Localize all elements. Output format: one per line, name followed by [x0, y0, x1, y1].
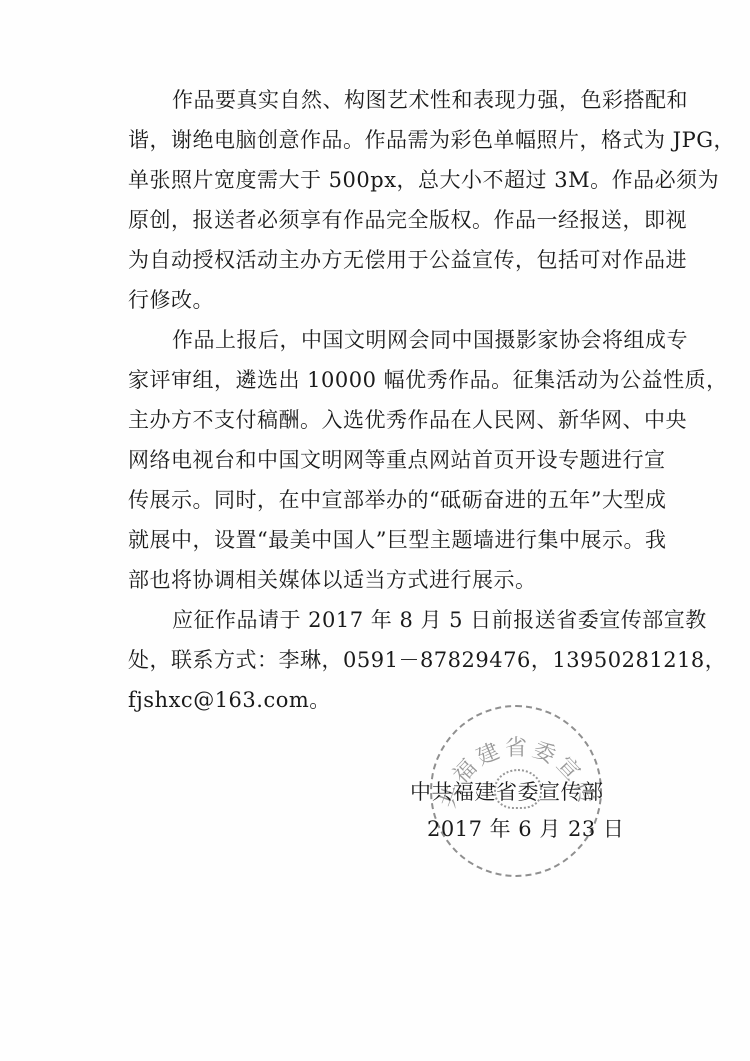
paragraph-1-line-3: 单张照片宽度需大于 500px，总大小不超过 3M。作品必须为: [128, 166, 652, 194]
paragraph-2-line-4: 网络电视台和中国文明网等重点网站首页开设专题进行宣: [128, 446, 652, 474]
paragraph-3-line-1: 应征作品请于 2017 年 8 月 5 日前报送省委宣传部宣教: [172, 606, 652, 634]
document-page: 作品要真实自然、构图艺术性和表现力强，色彩搭配和 谐，谢绝电脑创意作品。作品需为…: [0, 0, 750, 1061]
paragraph-2-line-5: 传展示。同时，在中宣部举办的“砥砺奋进的五年”大型成: [128, 486, 652, 514]
paragraph-2-line-6: 就展中，设置“最美中国人”巨型主题墙进行集中展示。我: [128, 526, 652, 554]
paragraph-1-line-1: 作品要真实自然、构图艺术性和表现力强，色彩搭配和: [172, 86, 652, 114]
paragraph-3-line-2: 处，联系方式：李琳，0591－87829476，13950281218，: [128, 646, 652, 674]
signature-date: 2017 年 6 月 23 日: [427, 815, 624, 843]
paragraph-2-line-7: 部也将协调相关媒体以适当方式进行展示。: [128, 566, 652, 594]
paragraph-2-line-1: 作品上报后，中国文明网会同中国摄影家协会将组成专: [172, 326, 652, 354]
paragraph-1-line-6: 行修改。: [128, 286, 652, 314]
paragraph-2-line-2: 家评审组，遴选出 10000 幅优秀作品。征集活动为公益性质，: [128, 366, 652, 394]
paragraph-1-line-4: 原创，报送者必须享有作品完全版权。作品一经报送，即视: [128, 206, 652, 234]
paragraph-1-line-5: 为自动授权活动主办方无偿用于公益宣传，包括可对作品进: [128, 246, 652, 274]
paragraph-2-line-3: 主办方不支付稿酬。入选优秀作品在人民网、新华网、中央: [128, 406, 652, 434]
signature-organization: 中共福建省委宣传部: [410, 778, 604, 806]
paragraph-1-line-2: 谐，谢绝电脑创意作品。作品需为彩色单幅照片，格式为 JPG，: [128, 126, 652, 154]
